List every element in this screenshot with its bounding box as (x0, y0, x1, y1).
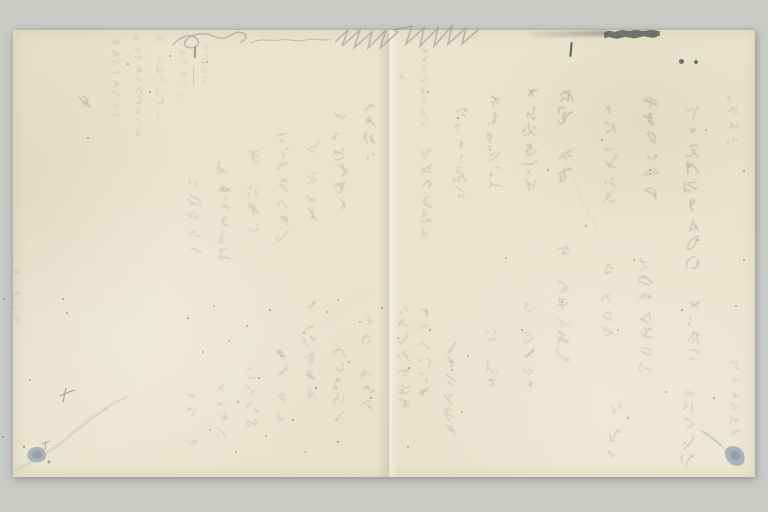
background-speck (3, 298, 5, 300)
document-caption: Cream laid paper on a grey backdrop with… (0, 0, 1, 1)
fold-crease (378, 30, 400, 477)
background-speck (2, 436, 4, 438)
photo-backdrop: Cream laid paper on a grey backdrop with… (0, 0, 768, 512)
